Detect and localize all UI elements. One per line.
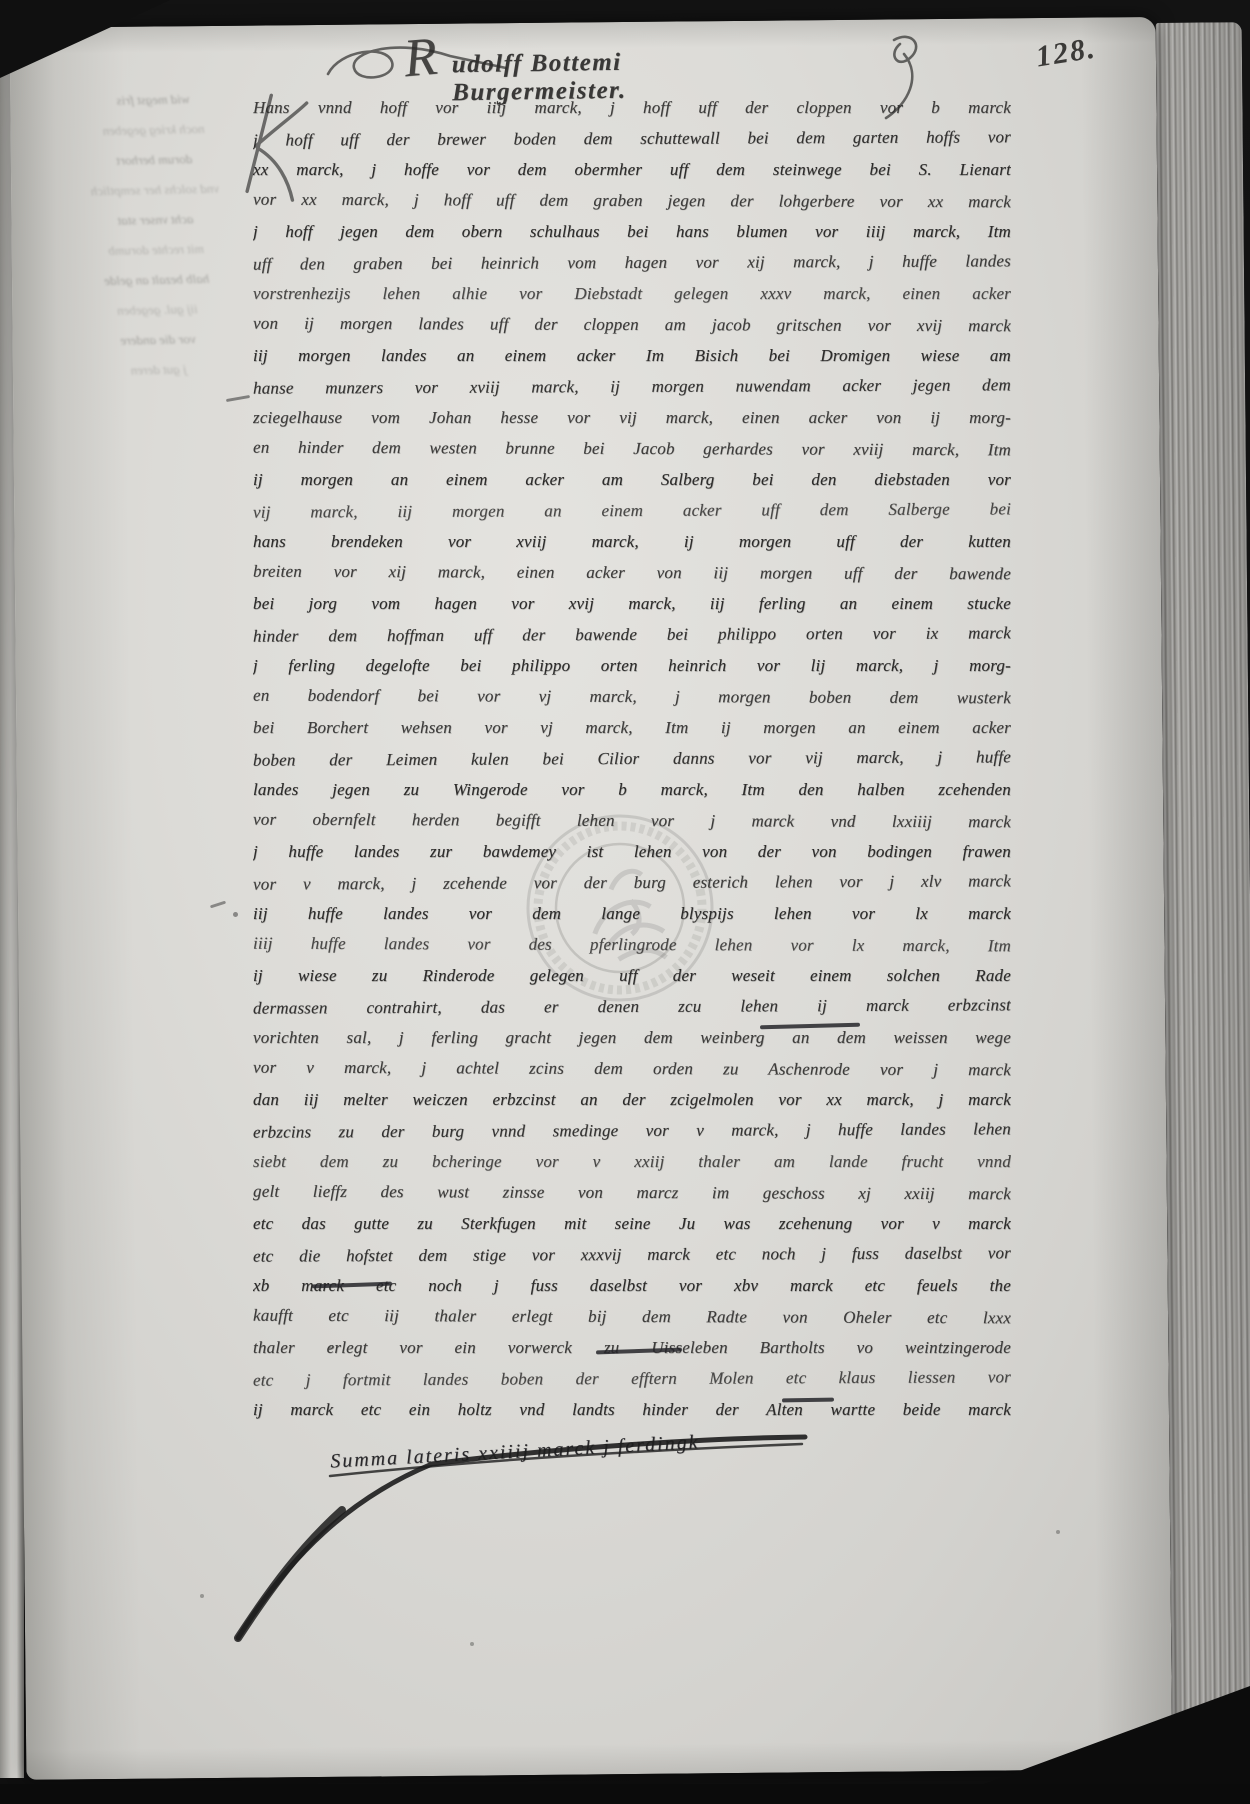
manuscript-line: uff den graben bei heinrich vom hagen vo…	[253, 251, 1011, 285]
manuscript-line: Hans vnnd hoff vor iiij marck, j hoff uf…	[253, 98, 1011, 129]
bleedthrough-line: noch krieg gegeben	[54, 120, 255, 154]
manuscript-line: erbzcins zu der burg vnnd smedinge vor v…	[253, 1119, 1011, 1153]
manuscript-text-block: Hans vnnd hoff vor iiij marck, j hoff uf…	[253, 98, 1011, 1431]
bleedthrough-line: halb bezalt an gelde	[57, 270, 258, 304]
manuscript-line: vorichten sal, j ferling gracht jegen de…	[253, 1028, 1011, 1059]
manuscript-scan-page: wid megst fris noch krieg gegeben dorum …	[0, 0, 1250, 1804]
manuscript-line: j hoff jegen dem obern schulhaus bei han…	[253, 222, 1011, 253]
manuscript-line: etc die hofstet dem stige vor xxxvij mar…	[253, 1243, 1011, 1277]
manuscript-line: vor xx marck, j hoff uff dem graben jege…	[253, 190, 1011, 224]
manuscript-line: j ferling degelofte bei philippo orten h…	[253, 656, 1011, 687]
manuscript-line: xb marck etc noch j fuss daselbst vor xb…	[253, 1276, 1011, 1307]
manuscript-line: vor v marck, j achtel zcins dem orden zu…	[253, 1058, 1011, 1092]
manuscript-line: siebt dem zu bcheringe vor v xxiij thale…	[253, 1152, 1011, 1183]
manuscript-line: bei jorg vom hagen vor xvij marck, iij f…	[253, 594, 1011, 625]
manuscript-line: landes jegen zu Wingerode vor b marck, I…	[253, 780, 1011, 811]
manuscript-line: zciegelhause vom Johan hesse vor vij mar…	[253, 408, 1011, 439]
bleedthrough-line: acht vnser stat	[55, 210, 256, 244]
manuscript-line: etc das gutte zu Sterkfugen mit seine Ju…	[253, 1214, 1011, 1245]
manuscript-line: vorstrenhezijs lehen alhie vor Diebstadt…	[253, 284, 1011, 315]
manuscript-line: en bodendorf bei vor vj marck, j morgen …	[253, 686, 1011, 720]
margin-bleedthrough-block: wid megst fris noch krieg gegeben dorum …	[53, 90, 259, 394]
bleedthrough-line: vor die andere	[58, 330, 259, 364]
manuscript-line: hans brendeken vor xviij marck, ij morge…	[253, 532, 1011, 563]
manuscript-line: dan iij melter weiczen erbzcinst an der …	[253, 1090, 1011, 1121]
manuscript-line: j hoff uff der brewer boden dem schuttew…	[253, 127, 1011, 161]
bleedthrough-line: iij gul. gegeben	[57, 300, 258, 334]
margin-dot	[233, 912, 238, 917]
manuscript-line: kaufft etc iij thaler erlegt bij dem Rad…	[253, 1306, 1011, 1340]
manuscript-line: iij morgen landes an einem acker Im Bisi…	[253, 346, 1011, 377]
manuscript-line: vor obernfelt herden begifft lehen vor j…	[253, 810, 1011, 844]
manuscript-line: hinder dem hoffman uff der bawende bei p…	[253, 623, 1011, 657]
manuscript-line: thaler erlegt vor ein vorwerck zu Uissel…	[253, 1338, 1011, 1369]
paper-speck	[1056, 1530, 1060, 1534]
bleedthrough-line: j gut deren	[59, 360, 260, 394]
heading-initial: R	[401, 25, 439, 90]
bleedthrough-line: mit rechte dorumb	[56, 240, 257, 274]
manuscript-line: hanse munzers vor xviij marck, ij morgen…	[253, 375, 1011, 409]
background-strip-bottom	[0, 1784, 1250, 1804]
manuscript-line: gelt lieffz des wust zinsse von marcz im…	[253, 1182, 1011, 1216]
manuscript-line: ij morgen an einem acker am Salberg bei …	[253, 470, 1011, 501]
manuscript-line: j huffe landes zur bawdemey ist lehen vo…	[253, 842, 1011, 873]
manuscript-line: von ij morgen landes uff der cloppen am …	[253, 314, 1011, 348]
manuscript-line: ij wiese zu Rinderode gelegen uff der we…	[253, 966, 1011, 997]
bleedthrough-line: dorum berhort	[54, 150, 255, 184]
manuscript-line: dermassen contrahirt, das er denen zcu l…	[253, 995, 1011, 1029]
manuscript-line: breiten vor xij marck, einen acker von i…	[253, 562, 1011, 596]
manuscript-line: vor v marck, j zcehende vor der burg est…	[253, 871, 1011, 905]
manuscript-line: boben der Leimen kulen bei Cilior danns …	[253, 747, 1011, 781]
pen-flourish	[180, 1380, 880, 1680]
manuscript-line: iij huffe landes vor dem lange blyspijs …	[253, 904, 1011, 935]
paper-speck	[328, 1346, 332, 1350]
manuscript-line: bei Borchert wehsen vor vj marck, Itm ij…	[253, 718, 1011, 749]
manuscript-line: iiij huffe landes vor des pferlingrode l…	[253, 934, 1011, 968]
bleedthrough-line: vnd solchs her semptlich	[55, 180, 256, 214]
manuscript-line: vij marck, iij morgen an einem acker uff…	[253, 499, 1011, 533]
manuscript-line: en hinder dem westen brunne bei Jacob ge…	[253, 438, 1011, 472]
manuscript-line: xx marck, j hoffe vor dem obermher uff d…	[253, 160, 1011, 191]
bleedthrough-line: wid megst fris	[53, 90, 254, 124]
